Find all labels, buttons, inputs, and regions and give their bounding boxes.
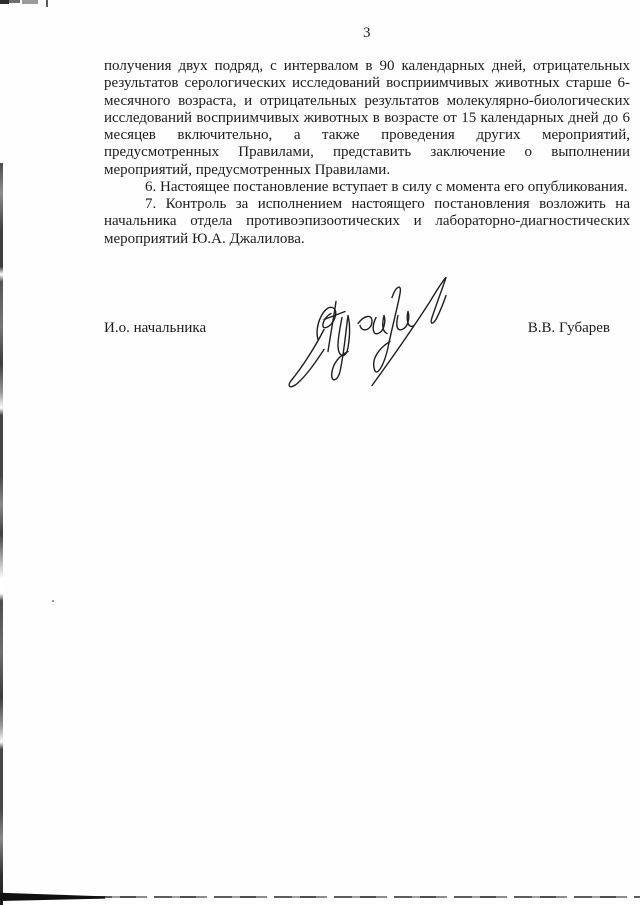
scan-artifact-top-corner xyxy=(9,0,20,3)
signature-scrawl xyxy=(280,266,455,404)
document-body: получения двух подряд, с интервалом в 90… xyxy=(104,58,630,248)
scan-edge-artifact-left xyxy=(0,163,3,905)
signer-position-label: И.о. начальника xyxy=(104,320,206,337)
page-number: 3 xyxy=(104,25,630,42)
scan-artifact-top-corner xyxy=(0,0,9,4)
scan-artifact-top-tick xyxy=(46,0,48,7)
paragraph-continuation: получения двух подряд, с интервалом в 90… xyxy=(104,58,630,179)
paragraph-item-6: 6. Настоящее постановление вступает в си… xyxy=(104,179,630,196)
paragraph-item-7: 7. Контроль за исполнением настоящего по… xyxy=(104,196,630,248)
scan-artifact-top-corner xyxy=(22,0,38,4)
signer-name: В.В. Губарев xyxy=(528,320,630,337)
scan-speck xyxy=(52,600,54,602)
handwritten-signature-icon xyxy=(280,266,455,404)
scanned-document-page: 3 получения двух подряд, с интервалом в … xyxy=(0,0,640,905)
